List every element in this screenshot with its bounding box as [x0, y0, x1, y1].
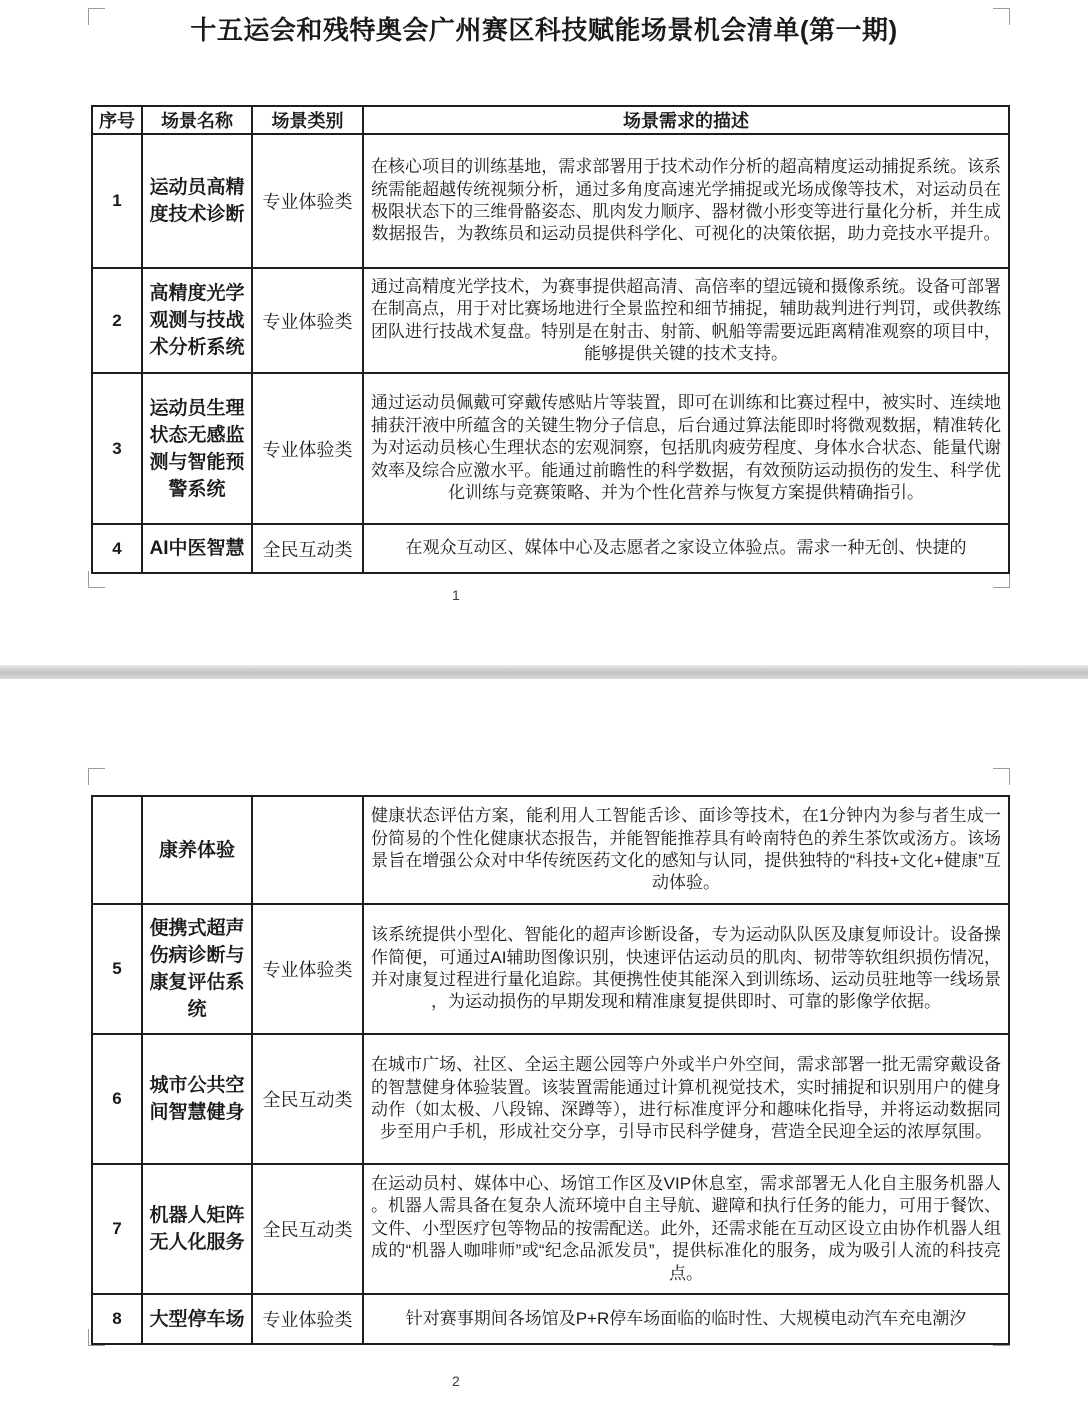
margin-corner-mark-top-left [88, 768, 105, 785]
row-name: 机器人矩阵无人化服务 [142, 1164, 252, 1294]
row-no: 2 [92, 268, 142, 373]
page-number-1: 1 [452, 587, 460, 603]
row-desc: 在运动员村、媒体中心、场馆工作区及VIP休息室，需求部署无人化自主服务机器人。机… [363, 1164, 1009, 1294]
col-header-desc: 场景需求的描述 [363, 106, 1009, 134]
row-desc: 通过高精度光学技术，为赛事提供超高清、高倍率的望远镜和摄像系统。设备可部署在制高… [363, 268, 1009, 373]
table-row: 8 大型停车场 专业体验类 针对赛事期间各场馆及P+R停车场面临的临时性、大规模… [92, 1294, 1009, 1344]
row-no: 3 [92, 373, 142, 524]
col-header-category: 场景类别 [252, 106, 363, 134]
row-category: 专业体验类 [252, 373, 363, 524]
row-desc: 在观众互动区、媒体中心及志愿者之家设立体验点。需求一种无创、快捷的 [363, 524, 1009, 573]
row-name: 康养体验 [142, 796, 252, 904]
row-no: 1 [92, 134, 142, 268]
table-row: 2 高精度光学观测与技战术分析系统 专业体验类 通过高精度光学技术，为赛事提供超… [92, 268, 1009, 373]
page-number-2: 2 [452, 1373, 460, 1389]
scenario-table-page-2: 康养体验 健康状态评估方案，能利用人工智能舌诊、面诊等技术，在1分钟内为参与者生… [91, 795, 1010, 1345]
row-desc: 针对赛事期间各场馆及P+R停车场面临的临时性、大规模电动汽车充电潮汐 [363, 1294, 1009, 1344]
table-row: 4 AI中医智慧 全民互动类 在观众互动区、媒体中心及志愿者之家设立体验点。需求… [92, 524, 1009, 573]
row-no: 6 [92, 1034, 142, 1164]
row-category: 全民互动类 [252, 524, 363, 573]
row-category: 专业体验类 [252, 134, 363, 268]
table-row: 6 城市公共空间智慧健身 全民互动类 在城市广场、社区、全运主题公园等户外或半户… [92, 1034, 1009, 1164]
row-no: 5 [92, 904, 142, 1034]
page-separator [0, 665, 1088, 679]
col-header-no: 序号 [92, 106, 142, 134]
row-name: AI中医智慧 [142, 524, 252, 573]
scenario-table-page-1: 序号 场景名称 场景类别 场景需求的描述 1 运动员高精度技术诊断 专业体验类 … [91, 105, 1010, 574]
col-header-name: 场景名称 [142, 106, 252, 134]
table-row: 7 机器人矩阵无人化服务 全民互动类 在运动员村、媒体中心、场馆工作区及VIP休… [92, 1164, 1009, 1294]
row-name: 城市公共空间智慧健身 [142, 1034, 252, 1164]
row-category: 专业体验类 [252, 1294, 363, 1344]
row-name: 大型停车场 [142, 1294, 252, 1344]
table-row: 3 运动员生理状态无感监测与智能预警系统 专业体验类 通过运动员佩戴可穿戴传感贴… [92, 373, 1009, 524]
row-name: 运动员生理状态无感监测与智能预警系统 [142, 373, 252, 524]
row-name: 运动员高精度技术诊断 [142, 134, 252, 268]
table-header-row: 序号 场景名称 场景类别 场景需求的描述 [92, 106, 1009, 134]
table-row: 5 便携式超声伤病诊断与康复评估系统 专业体验类 该系统提供小型化、智能化的超声… [92, 904, 1009, 1034]
row-desc: 健康状态评估方案，能利用人工智能舌诊、面诊等技术，在1分钟内为参与者生成一份简易… [363, 796, 1009, 904]
row-no: 8 [92, 1294, 142, 1344]
row-no: 7 [92, 1164, 142, 1294]
margin-corner-mark-top-right [993, 768, 1010, 785]
row-name: 高精度光学观测与技战术分析系统 [142, 268, 252, 373]
row-no: 4 [92, 524, 142, 573]
table-row-continued: 康养体验 健康状态评估方案，能利用人工智能舌诊、面诊等技术，在1分钟内为参与者生… [92, 796, 1009, 904]
row-desc: 通过运动员佩戴可穿戴传感贴片等装置，即可在训练和比赛过程中，被实时、连续地捕获汗… [363, 373, 1009, 524]
table-row: 1 运动员高精度技术诊断 专业体验类 在核心项目的训练基地，需求部署用于技术动作… [92, 134, 1009, 268]
row-no [92, 796, 142, 904]
row-category: 全民互动类 [252, 1164, 363, 1294]
row-category: 专业体验类 [252, 904, 363, 1034]
row-desc: 该系统提供小型化、智能化的超声诊断设备，专为运动队队医及康复师设计。设备操作简便… [363, 904, 1009, 1034]
document-page-2: 康养体验 健康状态评估方案，能利用人工智能舌诊、面诊等技术，在1分钟内为参与者生… [0, 679, 1088, 1401]
row-category: 专业体验类 [252, 268, 363, 373]
document-title: 十五运会和残特奥会广州赛区科技赋能场景机会清单(第一期) [0, 10, 1088, 47]
row-category: 全民互动类 [252, 1034, 363, 1164]
row-name: 便携式超声伤病诊断与康复评估系统 [142, 904, 252, 1034]
row-desc: 在核心项目的训练基地，需求部署用于技术动作分析的超高精度运动捕捉系统。该系统需能… [363, 134, 1009, 268]
row-desc: 在城市广场、社区、全运主题公园等户外或半户外空间，需求部署一批无需穿戴设备的智慧… [363, 1034, 1009, 1164]
document-page-1: 十五运会和残特奥会广州赛区科技赋能场景机会清单(第一期) 序号 场景名称 场景类… [0, 0, 1088, 665]
row-category [252, 796, 363, 904]
